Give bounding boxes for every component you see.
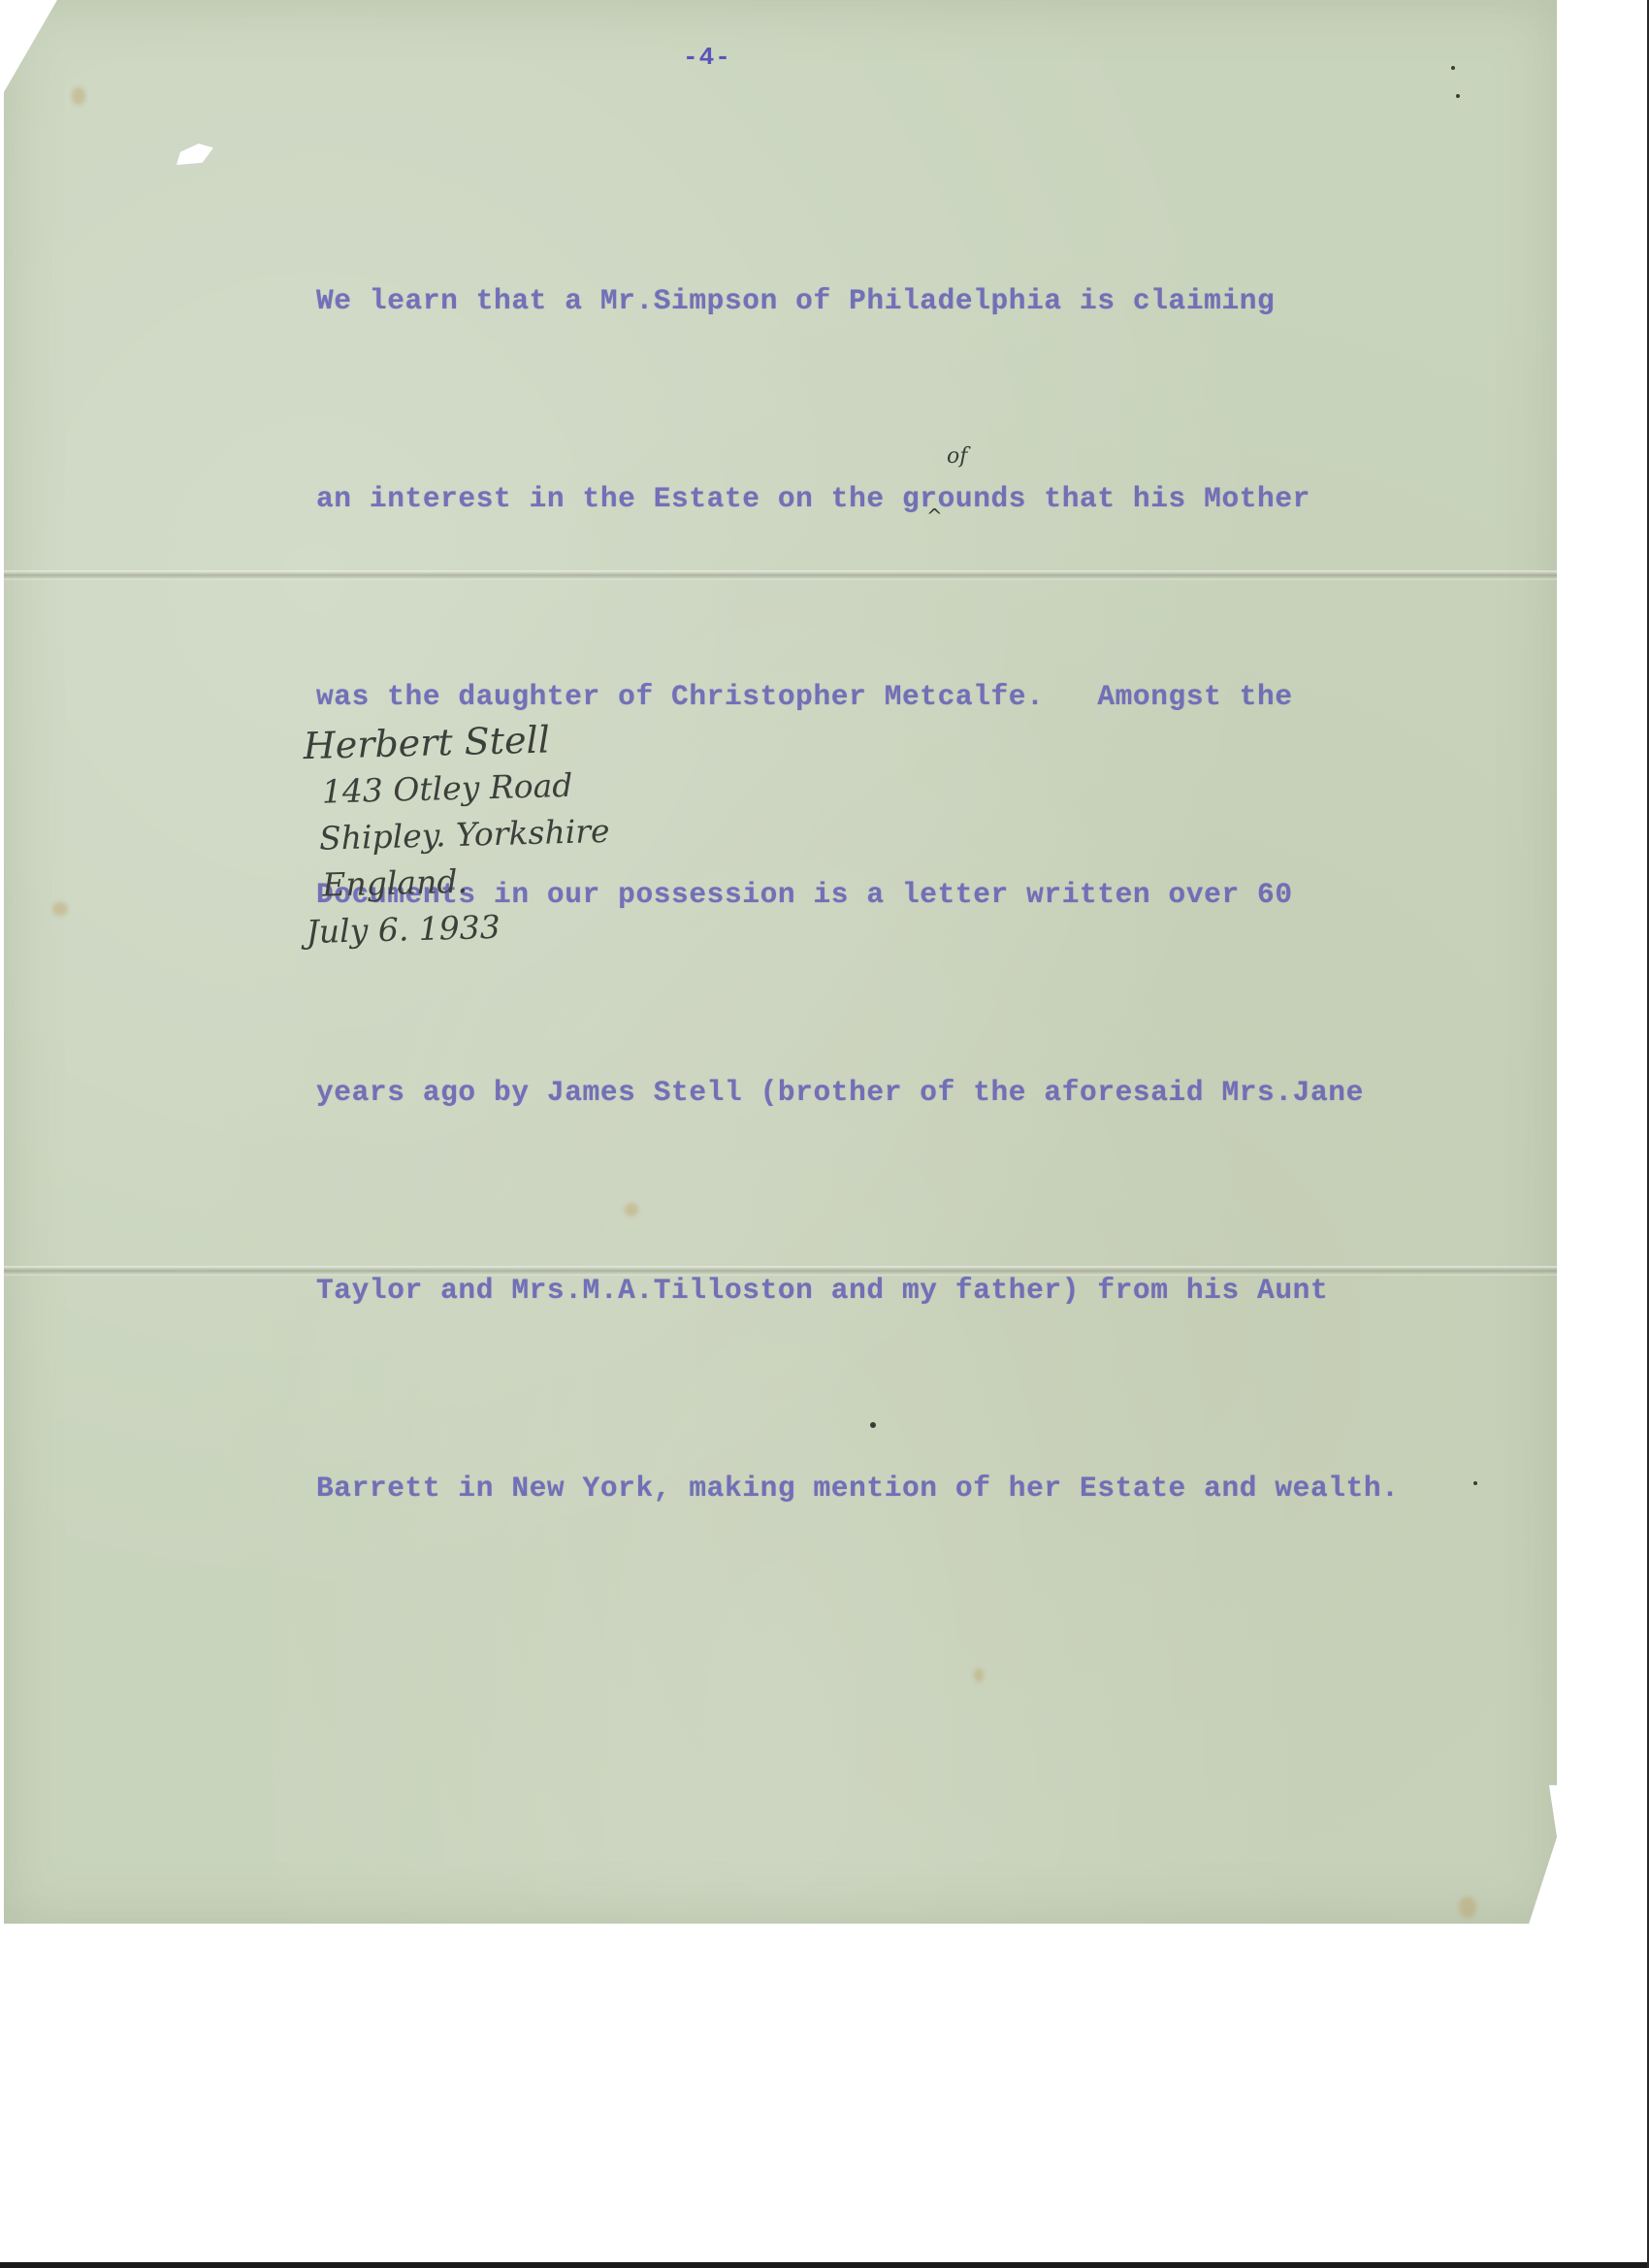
typed-line: We learn that a Mr.Simpson of Philadelph… — [316, 268, 1399, 334]
paper-tear-hole — [177, 144, 213, 165]
signature-block: Herbert Stell 143 Otley Road Shipley. Yo… — [307, 715, 613, 956]
page-number: -4- — [683, 43, 731, 72]
handwritten-insertion: of — [947, 444, 967, 469]
torn-corner — [4, 0, 57, 92]
ink-speck — [1456, 94, 1460, 98]
signature-date: July 6. 1933 — [306, 901, 613, 956]
typed-line: Barrett in New York, making mention of h… — [316, 1455, 1399, 1521]
typed-line: years ago by James Stell (brother of the… — [316, 1059, 1399, 1125]
typed-line: an interest in the Estate on the grounds… — [316, 466, 1399, 532]
address-country: England. — [322, 855, 612, 909]
typed-line: Taylor and Mrs.M.A.Tilloston and my fath… — [316, 1257, 1399, 1323]
signature-name: Herbert Stell — [303, 715, 608, 769]
age-stain — [1459, 1896, 1476, 1918]
scanner-edge-bottom — [0, 2262, 1649, 2268]
address-town: Shipley. Yorkshire — [319, 808, 611, 862]
address-street: 143 Otley Road — [321, 761, 609, 816]
letter-page: -4- We learn that a Mr.Simpson of Philad… — [4, 0, 1557, 1924]
ink-speck — [1473, 1481, 1477, 1485]
age-stain — [72, 87, 85, 105]
age-stain — [52, 902, 68, 916]
ink-speck — [1451, 66, 1455, 70]
age-stain — [974, 1669, 984, 1682]
insertion-caret-icon: ^ — [926, 504, 943, 528]
